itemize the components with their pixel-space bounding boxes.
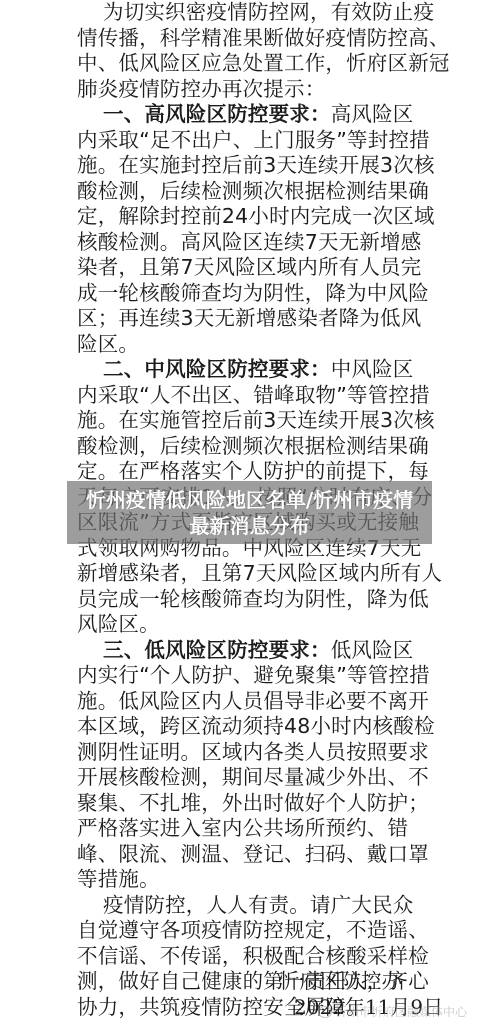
section-3-line: 聚集、不扎堆，外出时做好个人防护；: [77, 791, 422, 817]
section-1-line: 施。在实施封控后前3天连续开展3次核: [77, 153, 422, 179]
section-2-heading-rest: 中风险区: [331, 357, 414, 381]
section-3-line: 峰、限流、测温、登记、扫码、戴口罩: [77, 842, 422, 868]
closing-line: 疫情防控，人人有责。请广大民众: [77, 893, 422, 919]
section-3-line: 内实行“个人防护、避免聚集”等管控措: [77, 663, 422, 689]
watermark: 忻州市忻府区融媒体中心: [318, 1004, 467, 1020]
section-3-line: 开展核酸检测，期间尽量减少外出、不: [77, 765, 422, 791]
section-2-heading: 二、中风险区防控要求：: [103, 357, 331, 381]
weibo-icon: [318, 1006, 332, 1018]
section-2-line: 风险区。: [77, 612, 422, 638]
title-overlay-banner: 忻州疫情低风险地区名单/忻州市疫情最新消息分布: [67, 481, 432, 544]
section-1-heading-line: 一、高风险区防控要求：高风险区: [77, 102, 422, 128]
section-1-line: 核酸检测。高风险区连续7天无新增感: [77, 230, 422, 256]
section-3-heading: 三、低风险区防控要求：: [103, 638, 331, 662]
section-1-heading-rest: 高风险区: [331, 102, 414, 126]
section-3-line: 严格落实进入室内公共场所预约、错: [77, 816, 422, 842]
section-1-line: 酸检测，后续检测频次根据检测结果确: [77, 179, 422, 205]
section-2-line: 内采取“人不出区、错峰取物”等管控措: [77, 383, 422, 409]
section-1-line: 险区。: [77, 332, 422, 358]
section-3-heading-rest: 低风险区: [331, 638, 414, 662]
section-1-line: 定，解除封控前24小时内完成一次区域: [77, 204, 422, 230]
section-3-line: 施。低风险区内人员倡导非必要不离开: [77, 689, 422, 715]
intro-line: 情传播，科学精准果断做好疫情防控高、: [77, 26, 422, 52]
section-3-line: 测阴性证明。区域内各类人员按照要求: [77, 740, 422, 766]
section-2-line: 施。在实施管控后前3天连续开展3次核: [77, 408, 422, 434]
overlay-title: 忻州疫情低风险地区名单/忻州市疫情最新消息分布: [80, 487, 420, 539]
section-2-line: 酸检测，后续检测频次根据检测结果确: [77, 434, 422, 460]
section-2-line: 新增感染者，且第7天风险区域内所有人: [77, 561, 422, 587]
closing-line: 自觉遵守各项疫情防控规定，不造谣、: [77, 918, 422, 944]
section-2-heading-line: 二、中风险区防控要求：中风险区: [77, 357, 422, 383]
watermark-text: 忻州市忻府区融媒体中心: [335, 1004, 467, 1020]
section-1-line: 成一轮核酸筛查均为阴性，降为中风险: [77, 281, 422, 307]
section-3-heading-line: 三、低风险区防控要求：低风险区: [77, 638, 422, 664]
section-2-line: 员完成一轮核酸筛查均为阴性，降为低: [77, 587, 422, 613]
closing-line: 不信谣、不传谣，积极配合核酸采样检: [77, 944, 422, 970]
section-1-heading: 一、高风险区防控要求：: [103, 102, 331, 126]
section-1-line: 区；再连续3天无新增感染者降为低风: [77, 306, 422, 332]
intro-line: 肺炎疫情防控办再次提示：: [77, 77, 422, 103]
section-3-line: 本区域，跨区流动须持48小时内核酸检: [77, 714, 422, 740]
section-1-line: 内采取“足不出户、上门服务”等封控措: [77, 128, 422, 154]
issuer-signature: 忻府区防控办: [279, 969, 402, 994]
intro-line: 中、低风险区应急处置工作，忻府区新冠: [77, 51, 422, 77]
section-3-line: 等措施。: [77, 867, 422, 893]
section-1-line: 染者，且第7天风险区域内所有人员完: [77, 255, 422, 281]
intro-line: 为切实织密疫情防控网，有效防止疫: [77, 0, 422, 26]
